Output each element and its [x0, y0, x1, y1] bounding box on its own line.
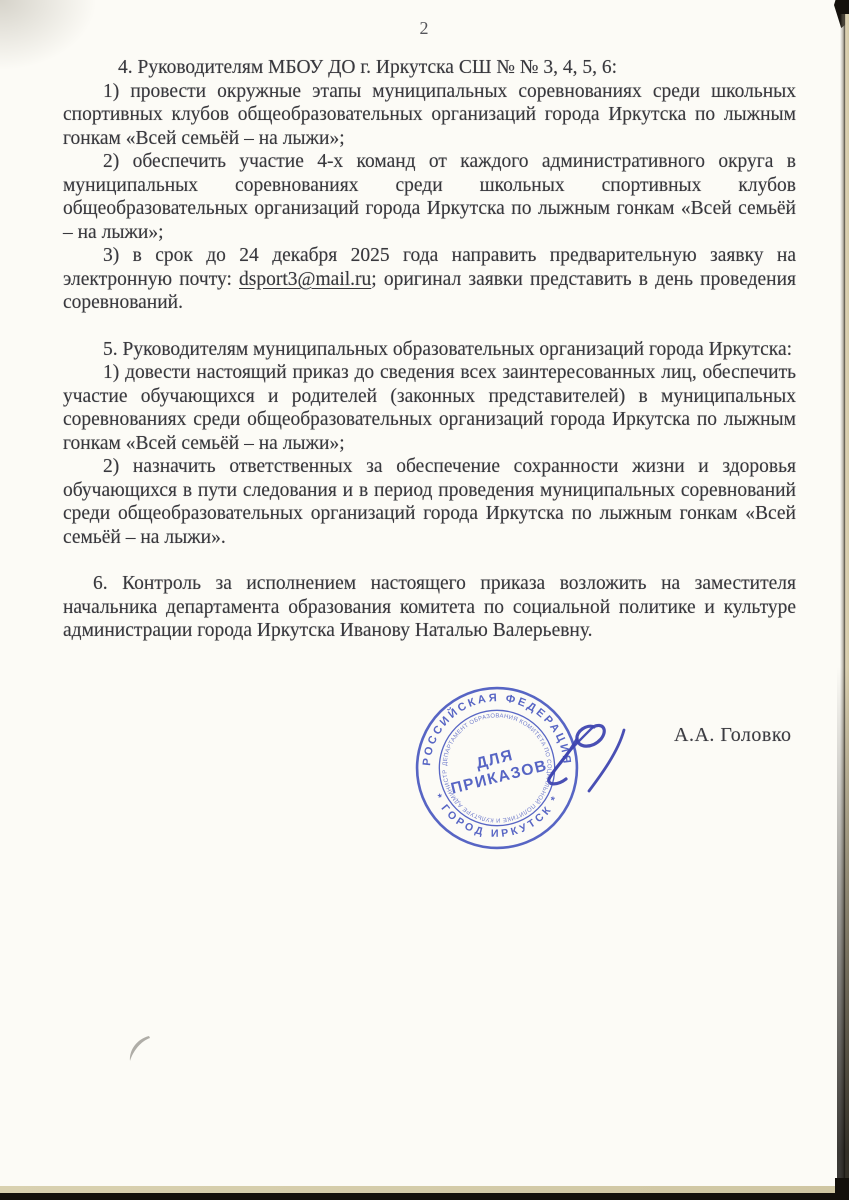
signatory-name: А.А. Головко: [674, 724, 824, 747]
handwritten-signature: [500, 660, 660, 830]
signature-stroke: [549, 739, 577, 784]
paragraph-6: 6. Контроль за исполнением настоящего пр…: [63, 572, 796, 643]
scanned-order-page: 2 4. Руководителям МБОУ ДО г. Иркутска С…: [0, 0, 849, 1200]
paragraph-5-heading: 5. Руководителям муниципальных образоват…: [63, 338, 796, 362]
scan-bottom-paper-edge: [0, 1186, 849, 1193]
paragraph-4-item-2: 2) обеспечить участие 4-х команд от кажд…: [63, 150, 796, 244]
scan-corner-shadow: [0, 0, 110, 80]
signature-stroke: [589, 730, 624, 791]
paragraph-5-item-1: 1) довести настоящий приказ до сведения …: [63, 361, 796, 455]
order-text-block: 4. Руководителям МБОУ ДО г. Иркутска СШ …: [63, 56, 796, 643]
paragraph-4-item-3: 3) в срок до 24 декабря 2025 года направ…: [63, 244, 796, 315]
scan-corner-artifact-bottom: [835, 1178, 849, 1200]
page-number: 2: [0, 18, 849, 39]
paragraph-5-item-2: 2) назначить ответственных за обеспечени…: [63, 455, 796, 549]
stray-pen-mark: [118, 1028, 163, 1073]
paragraph-4-item-1: 1) провести окружные этапы муниципальных…: [63, 80, 796, 151]
scan-bottom-background: [0, 1193, 849, 1200]
scan-paper-edge-shadow: [837, 14, 849, 1200]
paragraph-4-heading: 4. Руководителям МБОУ ДО г. Иркутска СШ …: [63, 56, 796, 80]
email-link[interactable]: dsport3@mail.ru: [239, 269, 371, 290]
